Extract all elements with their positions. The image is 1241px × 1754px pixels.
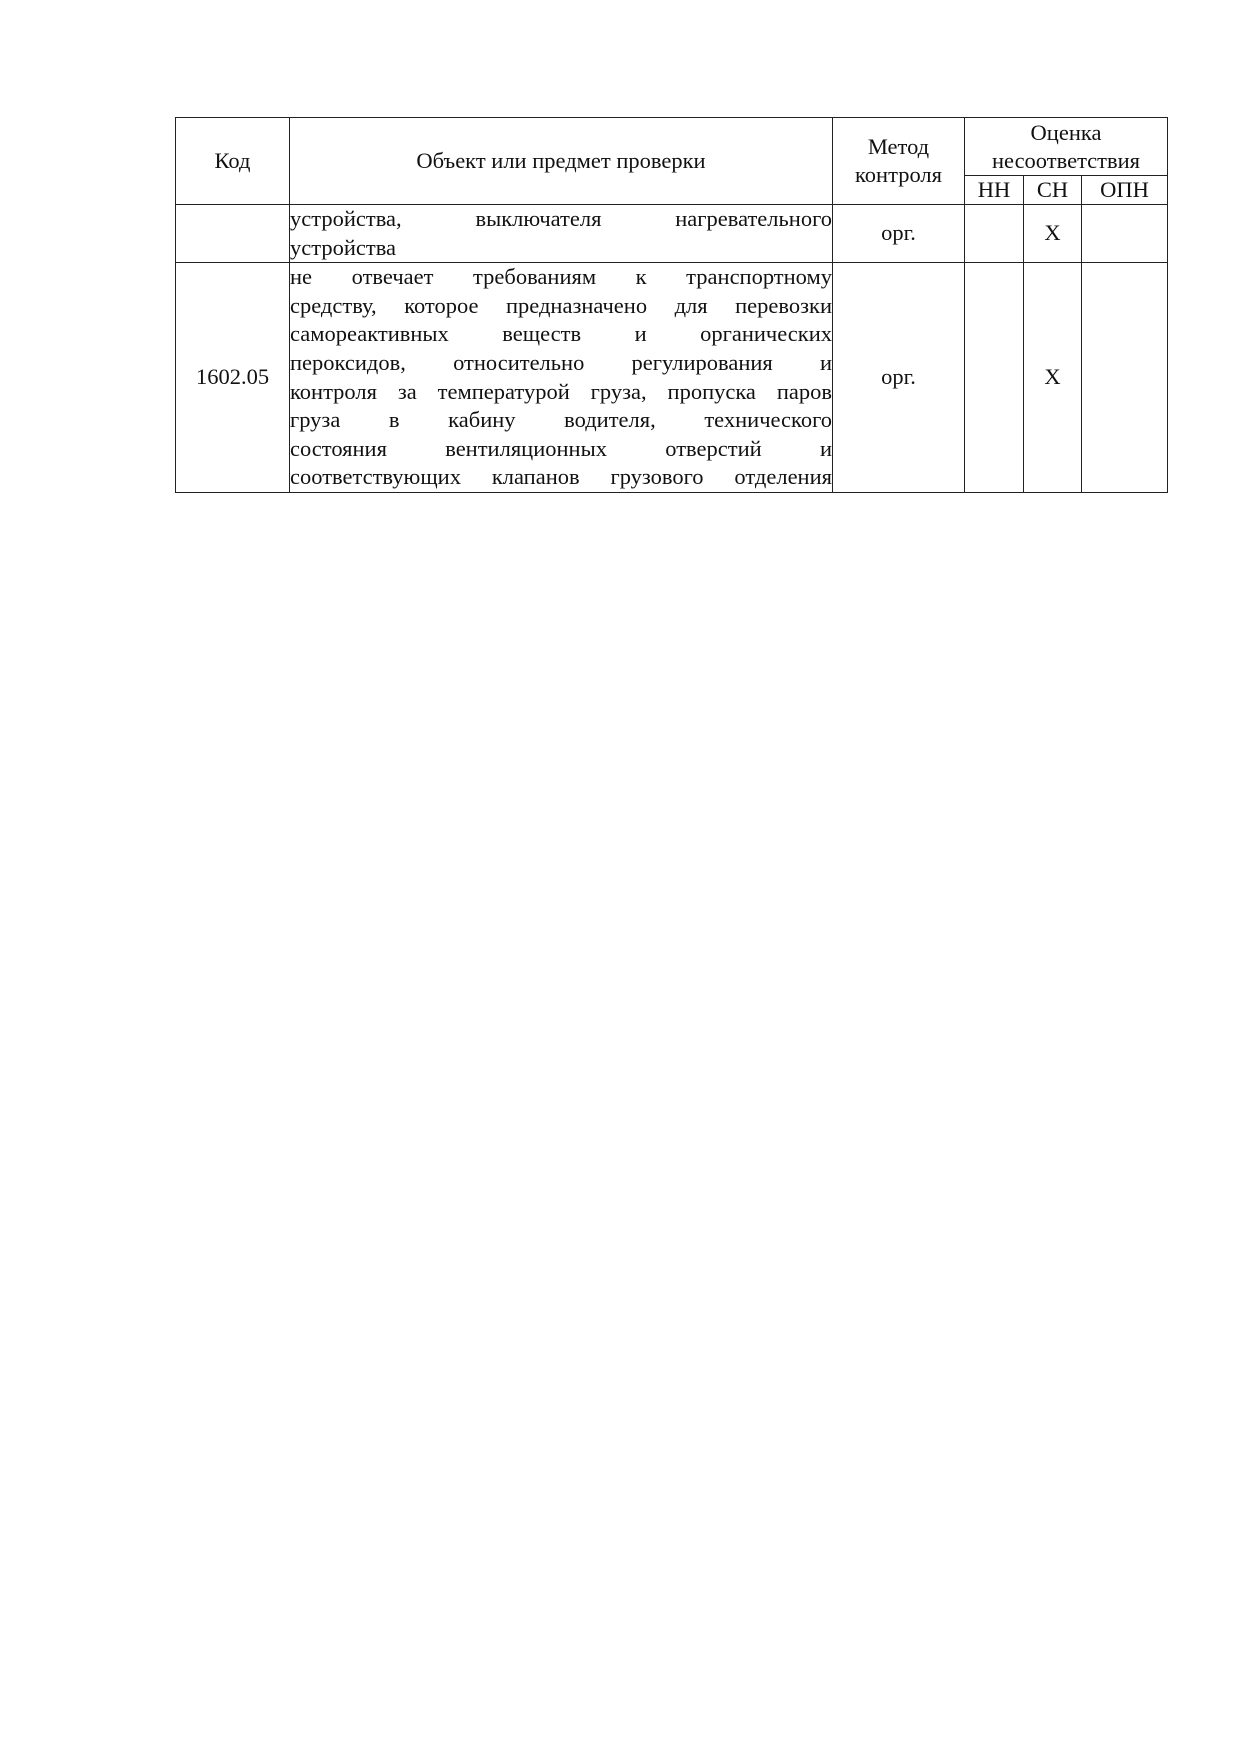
header-object: Объект или предмет проверки <box>290 118 833 205</box>
header-evaluation-line2: несоответствия <box>992 148 1140 173</box>
row-method: орг. <box>833 205 965 263</box>
header-method-line2: контроля <box>855 162 942 187</box>
row-code: 1602.05 <box>176 263 290 493</box>
header-sn: СН <box>1024 176 1082 205</box>
row-opn <box>1082 263 1168 493</box>
row-sn: X <box>1024 205 1082 263</box>
document-page: Код Объект или предмет проверки Метод ко… <box>0 0 1241 1754</box>
object-line: самореактивных веществ и органических <box>290 320 832 349</box>
row-nn <box>965 263 1024 493</box>
table-row: устройства, выключателя нагревательного … <box>176 205 1168 263</box>
object-line: состояния вентиляционных отверстий и <box>290 435 832 464</box>
row-nn <box>965 205 1024 263</box>
header-nn: НН <box>965 176 1024 205</box>
row-opn <box>1082 205 1168 263</box>
row-sn: X <box>1024 263 1082 493</box>
header-opn: ОПН <box>1082 176 1168 205</box>
header-evaluation-line1: Оценка <box>1031 120 1102 145</box>
object-line: пероксидов, относительно регулирования и <box>290 349 832 378</box>
table-row: 1602.05 не отвечает требованиям к трансп… <box>176 263 1168 493</box>
row-method: орг. <box>833 263 965 493</box>
header-method-line1: Метод <box>868 134 929 159</box>
row-object: устройства, выключателя нагревательного … <box>290 205 833 263</box>
header-evaluation: Оценка несоответствия <box>965 118 1168 176</box>
object-line: соответствующих клапанов грузового отдел… <box>290 463 832 492</box>
object-line: не отвечает требованиям к транспортному <box>290 263 832 292</box>
object-line: груза в кабину водителя, технического <box>290 406 832 435</box>
header-code: Код <box>176 118 290 205</box>
row-code <box>176 205 290 263</box>
row-object: не отвечает требованиям к транспортному … <box>290 263 833 493</box>
object-line: средству, которое предназначено для пере… <box>290 292 832 321</box>
inspection-table: Код Объект или предмет проверки Метод ко… <box>175 117 1168 493</box>
object-line: контроля за температурой груза, пропуска… <box>290 378 832 407</box>
object-line: устройства <box>290 234 832 263</box>
header-method: Метод контроля <box>833 118 965 205</box>
object-line: устройства, выключателя нагревательного <box>290 205 832 234</box>
